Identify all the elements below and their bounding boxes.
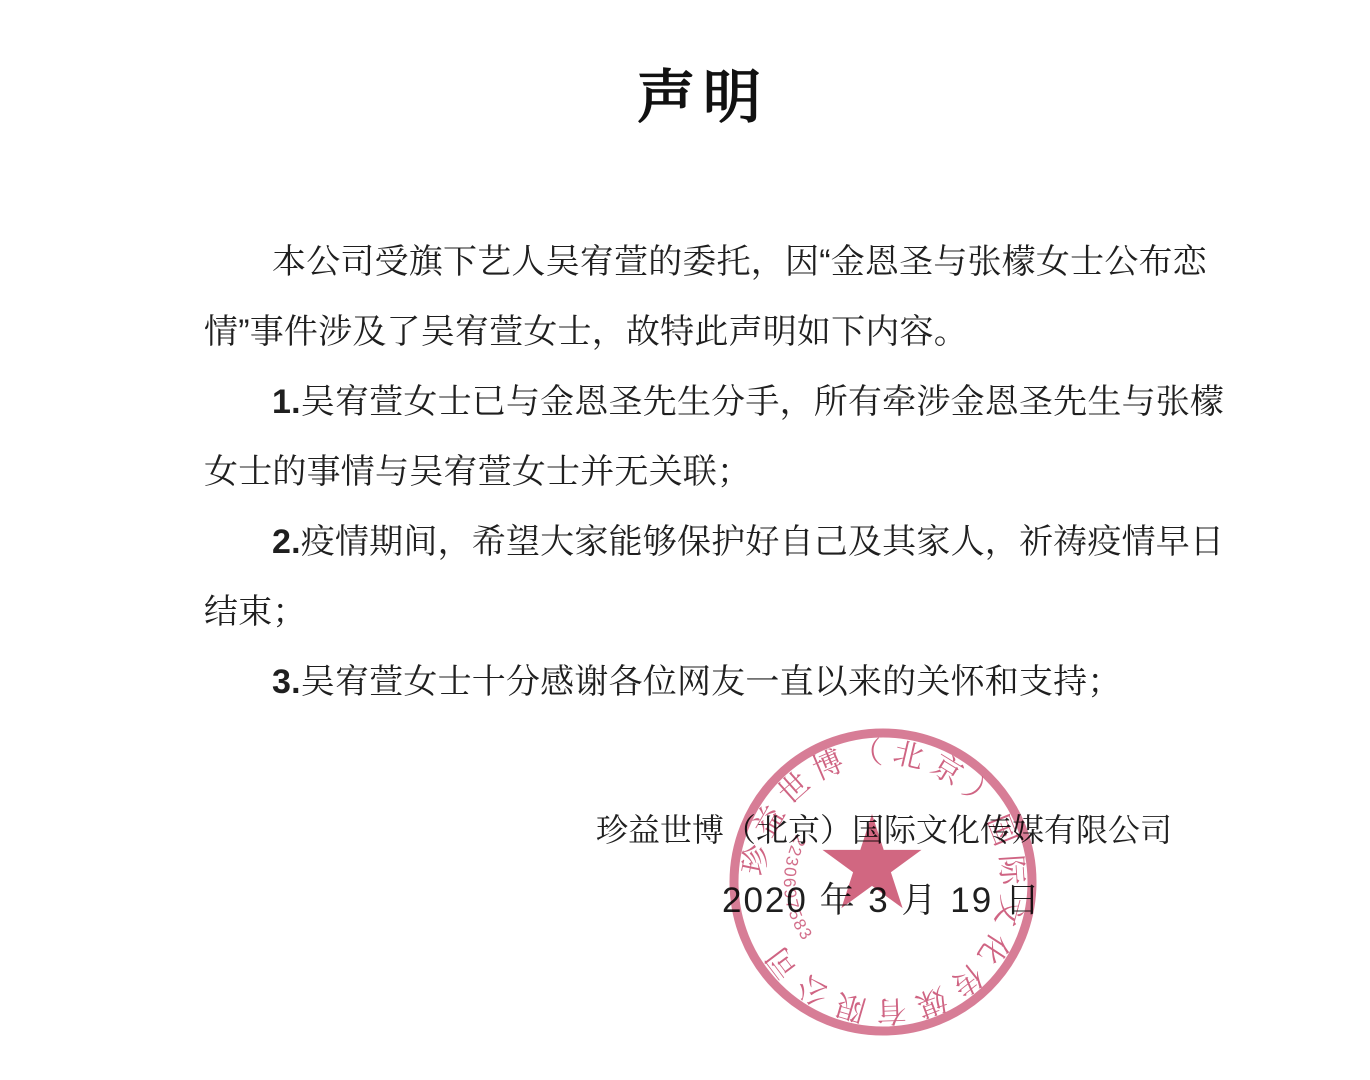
line-text: 吴宥萱女士已与金恩圣先生分手，所有牵涉金恩圣先生与张檬 bbox=[301, 383, 1224, 421]
line-text: 结束； bbox=[204, 593, 307, 631]
seal-code-number: 2230697583 bbox=[780, 832, 817, 944]
body-line: 情”事件涉及了吴宥萱女士，故特此声明如下内容。 bbox=[204, 297, 1204, 367]
red-star-icon bbox=[823, 814, 922, 908]
body-line: 1.吴宥萱女士已与金恩圣先生分手，所有牵涉金恩圣先生与张檬 bbox=[204, 367, 1204, 437]
statement-document-page: 声明 本公司受旗下艺人吴宥萱的委托，因“金恩圣与张檬女士公布恋 情”事件涉及了吴… bbox=[0, 0, 1370, 1080]
svg-text:2230697583: 2230697583 bbox=[780, 832, 817, 944]
body-line: 结束； bbox=[204, 577, 1204, 647]
document-title: 声明 bbox=[36, 50, 1370, 134]
company-seal-stamp: 珍益世博（北京）国际文化传媒有限公司 2230697583 bbox=[722, 726, 1044, 1038]
document-body: 本公司受旗下艺人吴宥萱的委托，因“金恩圣与张檬女士公布恋 情”事件涉及了吴宥萱女… bbox=[204, 227, 1204, 717]
line-text: 情”事件涉及了吴宥萱女士，故特此声明如下内容。 bbox=[204, 313, 968, 351]
body-line: 本公司受旗下艺人吴宥萱的委托，因“金恩圣与张檬女士公布恋 bbox=[204, 227, 1204, 297]
line-text: 本公司受旗下艺人吴宥萱的委托，因“金恩圣与张檬女士公布恋 bbox=[272, 243, 1207, 281]
line-number: 2. bbox=[272, 523, 301, 561]
line-number: 3. bbox=[272, 663, 301, 701]
line-text: 吴宥萱女士十分感谢各位网友一直以来的关怀和支持； bbox=[301, 663, 1122, 701]
body-line: 2.疫情期间，希望大家能够保护好自己及其家人，祈祷疫情早日 bbox=[204, 507, 1204, 577]
line-text: 疫情期间，希望大家能够保护好自己及其家人，祈祷疫情早日 bbox=[301, 523, 1224, 561]
line-number: 1. bbox=[272, 383, 301, 421]
line-text: 女士的事情与吴宥萱女士并无关联； bbox=[204, 453, 751, 491]
body-line: 3.吴宥萱女士十分感谢各位网友一直以来的关怀和支持； bbox=[204, 647, 1204, 717]
body-line: 女士的事情与吴宥萱女士并无关联； bbox=[204, 437, 1204, 507]
